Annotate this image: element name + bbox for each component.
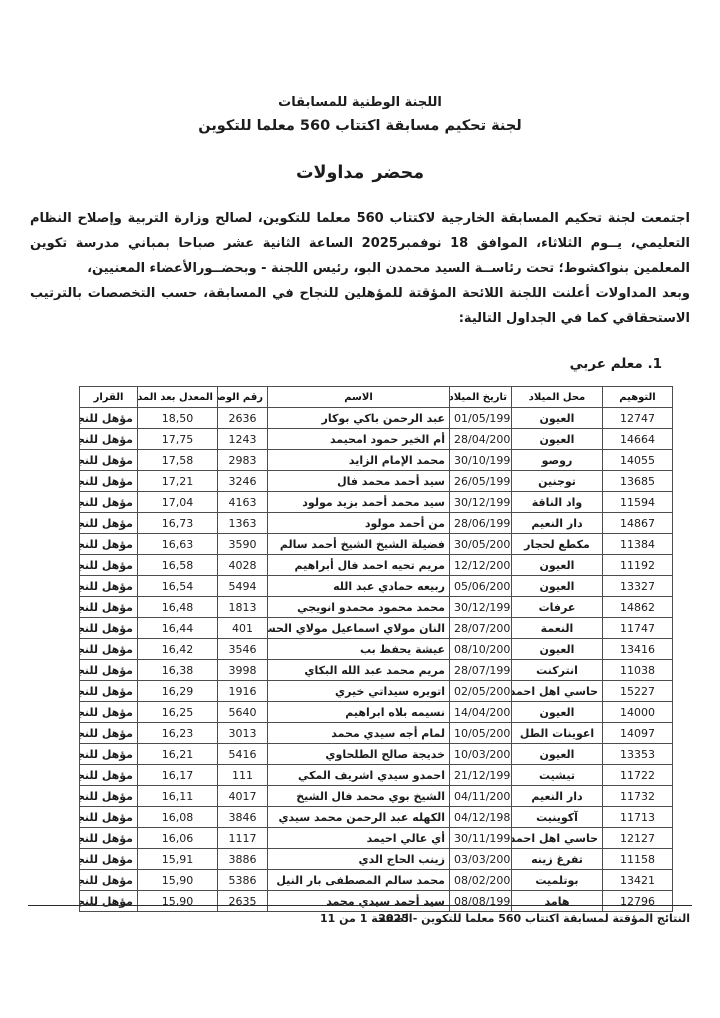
cell-avg: 16,42 [138,639,218,660]
cell-dob: 01/05/1998 [450,408,512,429]
column-header-dob: تاريخ الميلاد [450,387,512,408]
cell-dob: 28/07/1998 [450,660,512,681]
cell-receipt: 2636 [218,408,268,429]
cell-dob: 04/12/1989 [450,807,512,828]
cell-name: زينب الحاج الدي [268,849,450,870]
table-row: 11594واد الناقة30/12/1999سيد محمد أحمد ب… [80,492,673,513]
cell-id: 14664 [603,429,673,450]
footer-of-label: من [339,912,356,925]
cell-dob: 03/03/2002 [450,849,512,870]
cell-place: تفرغ زينه [512,849,603,870]
cell-avg: 16,06 [138,828,218,849]
cell-decision: مؤهل للنجاح [80,765,138,786]
cell-name: الشيخ بوي محمد فال الشيخ [268,786,450,807]
page-footer: النتائج المؤقتة لمسابقة اكتتاب 560 معلما… [28,905,692,912]
cell-avg: 16,11 [138,786,218,807]
cell-place: انتركنت [512,660,603,681]
cell-place: العيون [512,429,603,450]
cell-decision: مؤهل للنجاح [80,555,138,576]
cell-id: 13421 [603,870,673,891]
table-row: 11038انتركنت28/07/1998مريم محمد عبد الله… [80,660,673,681]
cell-id: 11192 [603,555,673,576]
cell-name: محمد محمود محمدو انويجي [268,597,450,618]
cell-id: 11158 [603,849,673,870]
cell-dob: 26/05/1998 [450,471,512,492]
cell-decision: مؤهل للنجاح [80,471,138,492]
cell-id: 11384 [603,534,673,555]
cell-dob: 30/12/1999 [450,597,512,618]
cell-receipt: 4017 [218,786,268,807]
cell-id: 11747 [603,618,673,639]
cell-dob: 30/12/1999 [450,492,512,513]
cell-decision: مؤهل للنجاح [80,660,138,681]
cell-receipt: 3886 [218,849,268,870]
table-row: 13353العيون10/03/2002خديجة صالح الطلحاوي… [80,744,673,765]
cell-avg: 17,58 [138,450,218,471]
table-row: 12127حاسي اهل احمد بشنه30/11/1999أي عالي… [80,828,673,849]
cell-id: 13416 [603,639,673,660]
cell-receipt: 3998 [218,660,268,681]
cell-avg: 16,58 [138,555,218,576]
cell-place: حاسي اهل احمد بشنه [512,681,603,702]
cell-decision: مؤهل للنجاح [80,618,138,639]
cell-decision: مؤهل للنجاح [80,828,138,849]
cell-avg: 16,44 [138,618,218,639]
cell-dob: 28/07/2001 [450,618,512,639]
cell-place: العيون [512,639,603,660]
cell-avg: 15,91 [138,849,218,870]
table-row: 11192العيون12/12/2005مريم تحيه احمد فال … [80,555,673,576]
column-header-name: الاسم [268,387,450,408]
cell-name: مريم محمد عبد الله البكاي [268,660,450,681]
cell-decision: مؤهل للنجاح [80,807,138,828]
cell-id: 13353 [603,744,673,765]
cell-receipt: 3246 [218,471,268,492]
cell-place: العيون [512,555,603,576]
cell-dob: 10/03/2002 [450,744,512,765]
cell-place: آكوينيت [512,807,603,828]
cell-name: أي عالي احيمد [268,828,450,849]
cell-decision: مؤهل للنجاح [80,408,138,429]
cell-name: محمد سالم المصطفى بار النيل [268,870,450,891]
cell-id: 11713 [603,807,673,828]
cell-dob: 02/05/2003 [450,681,512,702]
cell-place: العيون [512,744,603,765]
cell-decision: مؤهل للنجاح [80,534,138,555]
cell-dob: 05/06/2003 [450,576,512,597]
table-row: 11747النعمة28/07/2001النان مولاي اسماعيل… [80,618,673,639]
cell-avg: 16,63 [138,534,218,555]
cell-avg: 16,29 [138,681,218,702]
table-row: 11732دار النعيم04/11/2006الشيخ بوي محمد … [80,786,673,807]
cell-name: فضيلة الشيخ الشيخ أحمد سالم [268,534,450,555]
cell-place: مكطع لحجار [512,534,603,555]
cell-avg: 16,23 [138,723,218,744]
cell-decision: مؤهل للنجاح [80,744,138,765]
column-header-place: محل الميلاد [512,387,603,408]
cell-name: عيشة يحفظ بب [268,639,450,660]
cell-receipt: 4163 [218,492,268,513]
cell-decision: مؤهل للنجاح [80,702,138,723]
column-header-avg: المعدل بعد المداولات [138,387,218,408]
jury-title: لجنة تحكيم مسابقة اكتتاب 560 معلما للتكو… [0,118,720,134]
cell-id: 14867 [603,513,673,534]
cell-receipt: 3013 [218,723,268,744]
cell-name: الكهله عبد الرحمن محمد سيدي [268,807,450,828]
cell-name: عبد الرحمن باكي بوكار [268,408,450,429]
cell-id: 13685 [603,471,673,492]
cell-id: 12127 [603,828,673,849]
cell-place: واد الناقة [512,492,603,513]
cell-receipt: 5494 [218,576,268,597]
cell-decision: مؤهل للنجاح [80,576,138,597]
cell-avg: 16,48 [138,597,218,618]
footer-page-total: 11 [320,912,335,925]
table-row: 11722تيشيت21/12/1994احمدو سيدي اشريف الم… [80,765,673,786]
table-row: 11713آكوينيت04/12/1989الكهله عبد الرحمن … [80,807,673,828]
cell-receipt: 1243 [218,429,268,450]
cell-receipt: 111 [218,765,268,786]
cell-receipt: 3590 [218,534,268,555]
cell-avg: 15,90 [138,870,218,891]
column-header-decision: القرار [80,387,138,408]
cell-avg: 16,21 [138,744,218,765]
cell-id: 11038 [603,660,673,681]
cell-decision: مؤهل للنجاح [80,429,138,450]
cell-decision: مؤهل للنجاح [80,681,138,702]
table-header-row: التوهيممحل الميلادتاريخ الميلادالاسمرقم … [80,387,673,408]
cell-receipt: 5386 [218,870,268,891]
cell-decision: مؤهل للنجاح [80,513,138,534]
cell-receipt: 401 [218,618,268,639]
cell-place: روصو [512,450,603,471]
cell-avg: 16,73 [138,513,218,534]
cell-id: 14097 [603,723,673,744]
cell-name: النان مولاي اسماعيل مولاي الحسن [268,618,450,639]
cell-dob: 14/04/2004 [450,702,512,723]
cell-receipt: 5416 [218,744,268,765]
cell-id: 15227 [603,681,673,702]
footer-page-current: 1 [360,912,368,925]
column-header-receipt: رقم الوصل [218,387,268,408]
cell-decision: مؤهل للنجاح [80,849,138,870]
footer-document-label: النتائج المؤقتة لمسابقة اكتتاب 560 معلما… [378,912,690,925]
document-title: محضر مداولات [0,163,720,183]
table-row: 13416العيون08/10/2002عيشة يحفظ بب354616,… [80,639,673,660]
cell-name: من أحمد مولود [268,513,450,534]
cell-name: خديجة صالح الطلحاوي [268,744,450,765]
section-label-arabic-teacher: 1. معلم عربي [0,356,662,372]
cell-name: اتويره سيداتي خيري [268,681,450,702]
cell-place: اعوينات الطل [512,723,603,744]
cell-avg: 16,25 [138,702,218,723]
footer-page-label: الصفحة [371,912,412,925]
cell-dob: 30/05/2003 [450,534,512,555]
paragraph-results: وبعد المداولات أعلنت اللجنة اللائحة المؤ… [30,281,690,331]
cell-place: بوتلميت [512,870,603,891]
cell-dob: 04/11/2006 [450,786,512,807]
cell-place: العيون [512,702,603,723]
cell-decision: مؤهل للنجاح [80,492,138,513]
cell-name: سيد محمد أحمد بزيد مولود [268,492,450,513]
cell-avg: 16,54 [138,576,218,597]
cell-name: ربيعه حمادي عبد الله [268,576,450,597]
cell-place: دار النعيم [512,513,603,534]
cell-receipt: 2983 [218,450,268,471]
cell-receipt: 1117 [218,828,268,849]
cell-place: توجنين [512,471,603,492]
cell-dob: 08/02/2006 [450,870,512,891]
cell-id: 11732 [603,786,673,807]
cell-dob: 10/05/2005 [450,723,512,744]
footer-page-indicator: الصفحة 1 من 11 [320,912,412,925]
table-row: 14097اعوينات الطل10/05/2005لمام أجه سيدي… [80,723,673,744]
results-table: التوهيممحل الميلادتاريخ الميلادالاسمرقم … [79,386,673,912]
cell-avg: 16,17 [138,765,218,786]
cell-decision: مؤهل للنجاح [80,597,138,618]
cell-avg: 17,75 [138,429,218,450]
table-row: 15227حاسي اهل احمد بشنه02/05/2003اتويره … [80,681,673,702]
table-row: 14862عرفات30/12/1999محمد محمود محمدو انو… [80,597,673,618]
cell-receipt: 1916 [218,681,268,702]
cell-name: احمدو سيدي اشريف المكي [268,765,450,786]
cell-place: النعمة [512,618,603,639]
cell-receipt: 1813 [218,597,268,618]
cell-name: محمد الإمام الزايد [268,450,450,471]
table-row: 14000العيون14/04/2004نسيمه بلاه ابراهيم5… [80,702,673,723]
table-row: 12747العيون01/05/1998عبد الرحمن باكي بوك… [80,408,673,429]
cell-id: 12747 [603,408,673,429]
cell-name: أم الخير حمود امحيمد [268,429,450,450]
cell-decision: مؤهل للنجاح [80,639,138,660]
cell-id: 13327 [603,576,673,597]
cell-place: حاسي اهل احمد بشنه [512,828,603,849]
cell-id: 14000 [603,702,673,723]
cell-avg: 16,08 [138,807,218,828]
cell-dob: 30/11/1999 [450,828,512,849]
cell-dob: 12/12/2005 [450,555,512,576]
cell-dob: 28/04/2002 [450,429,512,450]
cell-id: 11722 [603,765,673,786]
cell-place: تيشيت [512,765,603,786]
table-row: 14867دار النعيم28/06/1998من أحمد مولود13… [80,513,673,534]
cell-place: العيون [512,576,603,597]
table-row: 13327العيون05/06/2003ربيعه حمادي عبد الل… [80,576,673,597]
cell-dob: 21/12/1994 [450,765,512,786]
cell-dob: 30/10/1996 [450,450,512,471]
cell-place: عرفات [512,597,603,618]
cell-name: لمام أجه سيدي محمد [268,723,450,744]
cell-avg: 16,38 [138,660,218,681]
table-row: 13421بوتلميت08/02/2006محمد سالم المصطفى … [80,870,673,891]
cell-decision: مؤهل للنجاح [80,870,138,891]
table-row: 14664العيون28/04/2002أم الخير حمود امحيم… [80,429,673,450]
cell-avg: 18,50 [138,408,218,429]
cell-id: 14055 [603,450,673,471]
cell-receipt: 4028 [218,555,268,576]
cell-decision: مؤهل للنجاح [80,786,138,807]
cell-id: 14862 [603,597,673,618]
cell-id: 11594 [603,492,673,513]
results-table-head: التوهيممحل الميلادتاريخ الميلادالاسمرقم … [80,387,673,408]
cell-name: نسيمه بلاه ابراهيم [268,702,450,723]
cell-receipt: 3846 [218,807,268,828]
table-row: 13685توجنين26/05/1998سيد أحمد محمد فال32… [80,471,673,492]
cell-dob: 28/06/1998 [450,513,512,534]
table-row: 11158تفرغ زينه03/03/2002زينب الحاج الدي3… [80,849,673,870]
results-table-body: 12747العيون01/05/1998عبد الرحمن باكي بوك… [80,408,673,912]
cell-receipt: 5640 [218,702,268,723]
cell-place: العيون [512,408,603,429]
cell-dob: 08/10/2002 [450,639,512,660]
cell-name: مريم تحيه احمد فال أبراهيم [268,555,450,576]
table-row: 11384مكطع لحجار30/05/2003فضيلة الشيخ الش… [80,534,673,555]
cell-name: سيد أحمد محمد فال [268,471,450,492]
cell-decision: مؤهل للنجاح [80,723,138,744]
column-header-id: التوهيم [603,387,673,408]
document-page: اللجنة الوطنية للمسابقات لجنة تحكيم مساب… [0,0,720,1018]
cell-receipt: 1363 [218,513,268,534]
cell-avg: 17,21 [138,471,218,492]
body-text: اجتمعت لجنة تحكيم المسابقة الخارجية لاكت… [30,206,690,331]
cell-avg: 17,04 [138,492,218,513]
paragraph-meeting: اجتمعت لجنة تحكيم المسابقة الخارجية لاكت… [30,206,690,281]
cell-receipt: 3546 [218,639,268,660]
table-row: 14055روصو30/10/1996محمد الإمام الزايد298… [80,450,673,471]
cell-place: دار النعيم [512,786,603,807]
cell-decision: مؤهل للنجاح [80,450,138,471]
committee-title: اللجنة الوطنية للمسابقات [0,0,720,110]
